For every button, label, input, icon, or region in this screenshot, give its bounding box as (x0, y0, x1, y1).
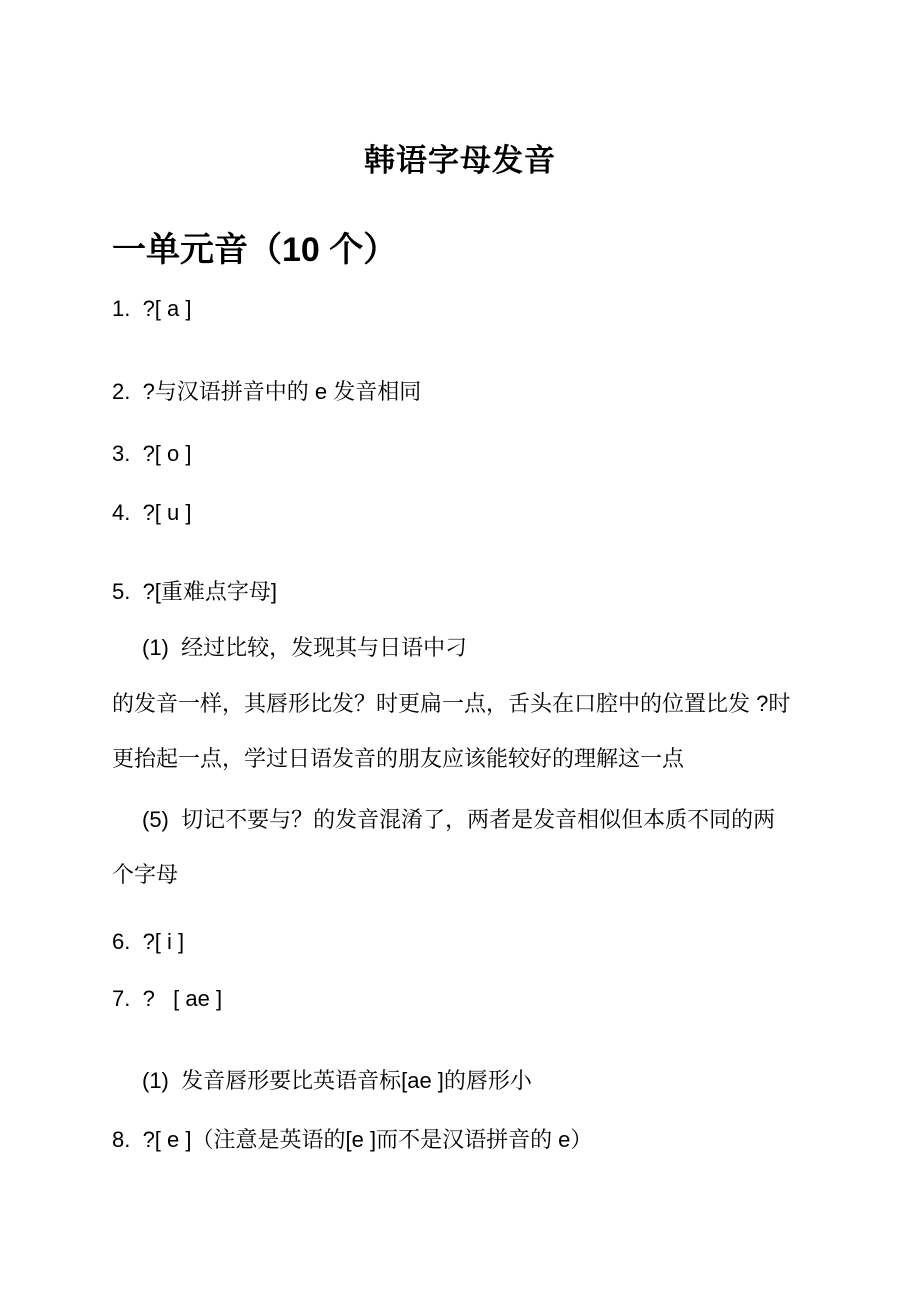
document-page: 韩语字母发音 一单元音（10 个） 1. ?[ a ] 2. ?与汉语拼音中的 … (0, 0, 920, 1303)
sub-item-7-1: (1) 发音唇形要比英语音标[ae ]的唇形小 (142, 1067, 532, 1095)
paragraph-line: 的发音一样，其唇形比发？时更扁一点，舌头在口腔中的位置比发 ?时 (112, 690, 790, 718)
list-item-4: 4. ?[ u ] (112, 499, 192, 527)
section-heading: 一单元音（10 个） (112, 222, 397, 271)
sub-item-5-5: (5) 切记不要与？的发音混淆了，两者是发音相似但本质不同的两 (142, 806, 775, 834)
list-item-2: 2. ?与汉语拼音中的 e 发音相同 (112, 378, 421, 406)
list-item-6: 6. ?[ i ] (112, 928, 184, 956)
sub-item-5-1: (1) 经过比较，发现其与日语中刁 (142, 634, 467, 662)
document-title: 韩语字母发音 (0, 135, 920, 180)
list-item-5: 5. ?[重难点字母] (112, 578, 277, 606)
list-item-3: 3. ?[ o ] (112, 440, 192, 468)
list-item-7: 7. ? [ ae ] (112, 985, 222, 1013)
list-item-1: 1. ?[ a ] (112, 295, 192, 323)
paragraph-line: 个字母 (112, 861, 178, 889)
list-item-8: 8. ?[ e ]（注意是英语的[e ]而不是汉语拼音的 e） (112, 1126, 592, 1154)
paragraph-line: 更抬起一点，学过日语发音的朋友应该能较好的理解这一点 (112, 745, 684, 773)
